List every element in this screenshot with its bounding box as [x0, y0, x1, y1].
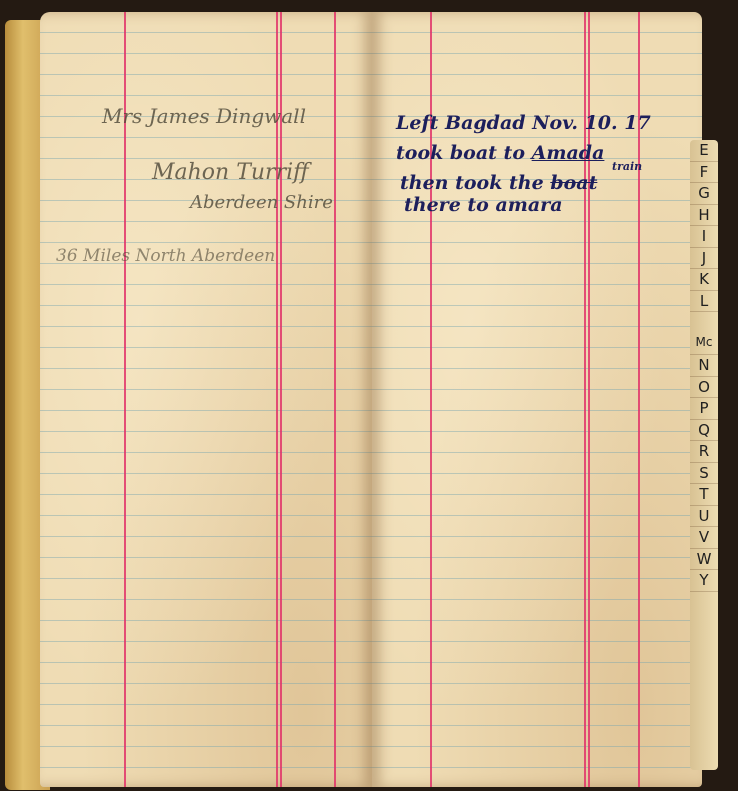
index-tab[interactable]: W [690, 549, 718, 571]
left-page: Mrs James Dingwall Mahon Turriff Aberdee… [40, 12, 372, 787]
address-county: Aberdeen Shire [190, 192, 333, 213]
index-tab[interactable]: Q [690, 420, 718, 442]
diary-line-2: took boat to Amada [396, 142, 604, 164]
index-tab[interactable]: Mc [690, 312, 718, 355]
index-tab[interactable]: T [690, 484, 718, 506]
index-tab[interactable]: L [690, 291, 718, 313]
margin-line [124, 12, 126, 787]
diary-insertion-train: train [612, 160, 642, 173]
index-tab[interactable]: E [690, 140, 718, 162]
address-note: 36 Miles North Aberdeen [56, 246, 275, 266]
index-tab[interactable]: I [690, 226, 718, 248]
diary-line-4: there to amara [404, 194, 563, 216]
index-tab[interactable]: S [690, 463, 718, 485]
notebook: Mrs James Dingwall Mahon Turriff Aberdee… [0, 0, 738, 791]
index-tab[interactable]: K [690, 269, 718, 291]
index-tab[interactable]: J [690, 248, 718, 270]
diary-struck-word: boat [550, 172, 597, 194]
index-tab[interactable]: N [690, 355, 718, 377]
margin-line [276, 12, 278, 787]
right-page: Left Bagdad Nov. 10. 17 took boat to Ama… [372, 12, 702, 787]
diary-line-1: Left Bagdad Nov. 10. 17 [396, 112, 651, 134]
index-tab[interactable]: R [690, 441, 718, 463]
alphabet-index-tabs: E F G H I J K L Mc N O P Q R S T U V W Y [690, 140, 718, 770]
index-tab[interactable]: G [690, 183, 718, 205]
margin-line [334, 12, 336, 787]
address-place: Mahon Turriff [152, 160, 309, 185]
diary-line-2-text: took boat to [396, 142, 532, 164]
index-tab[interactable]: P [690, 398, 718, 420]
index-tab[interactable]: Y [690, 570, 718, 592]
margin-line [280, 12, 282, 787]
diary-line-3: then took the boat [400, 172, 597, 194]
index-tab[interactable]: H [690, 205, 718, 227]
index-tab[interactable]: V [690, 527, 718, 549]
index-tab[interactable]: F [690, 162, 718, 184]
diary-place-amada: Amada [532, 142, 605, 164]
address-name: Mrs James Dingwall [102, 104, 306, 128]
diary-line-3-text: then took the [400, 172, 550, 194]
index-tab[interactable]: O [690, 377, 718, 399]
index-tab[interactable]: U [690, 506, 718, 528]
